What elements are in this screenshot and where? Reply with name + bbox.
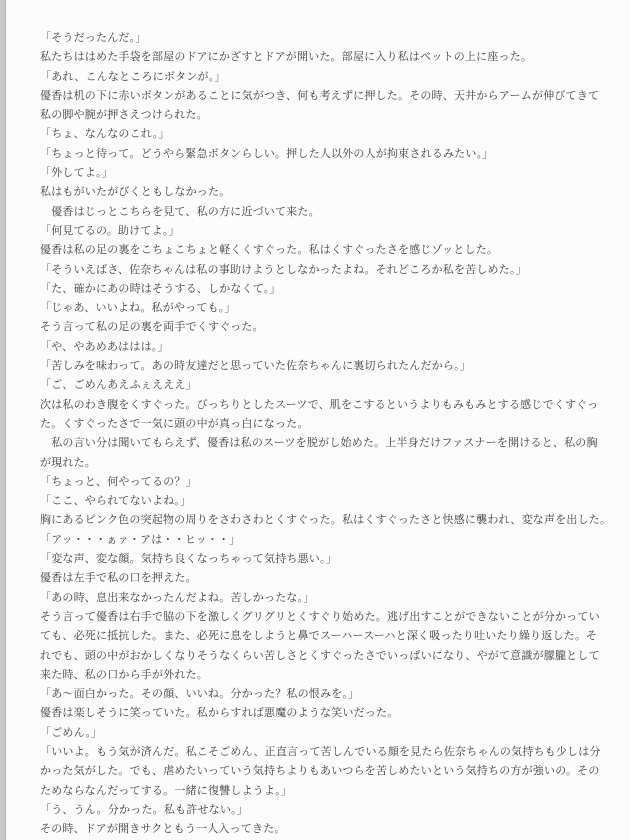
text-line: 私の脚や腕が押さえつけられた。 <box>40 105 630 124</box>
text-line: 優香は左手で私の口を押えた。 <box>40 568 630 587</box>
text-line: 私たちははめた手袋を部屋のドアにかざすとドアが開いた。部屋に入り私はベットの上に… <box>40 47 630 66</box>
document-page: 「そうだったんだ。」私たちははめた手袋を部屋のドアにかざすとドアが開いた。部屋に… <box>0 0 630 840</box>
text-line: 「や、やあめあははは。」 <box>40 337 630 356</box>
text-line: 「じゃあ、いいよね。私がやっても。」 <box>40 298 630 317</box>
text-line: 次は私のわき腹をくすぐった。びっちりとしたスーツで、肌をこするというよりもみもみ… <box>40 395 630 414</box>
text-line: かった気がした。でも、虐めたいっていう気持ちよりもあいつらを苦しめたいという気持… <box>40 761 630 780</box>
text-line: 「ごめん。」 <box>40 723 630 742</box>
text-line: ためならなんだってする。一緒に復讐しようよ。」 <box>40 781 630 800</box>
text-line: 「変な声、変な顔。気持ち良くなっちゃって気持ち悪い。」 <box>40 549 630 568</box>
text-line: 「あれ、こんなところにボタンが。」 <box>40 67 630 86</box>
text-line: ても、必死に抵抗した。また、必死に息をしようと鼻でスーハースーハと深く吸ったり吐… <box>40 626 630 645</box>
text-line: 優香はじっとこちらを見て、私の方に近づいて来た。 <box>40 202 630 221</box>
text-line: 「外してよ。」 <box>40 163 630 182</box>
text-line: 優香は机の下に赤いボタンがあることに気がつき、何も考えずに押した。その時、天井か… <box>40 86 630 105</box>
text-line: 「苦しみを味わって。あの時友達だと思っていた佐奈ちゃんに裏切られたんだから。」 <box>40 356 630 375</box>
text-line: 「ご、ごめんあえふぇえええ」 <box>40 375 630 394</box>
novel-text: 「そうだったんだ。」私たちははめた手袋を部屋のドアにかざすとドアが開いた。部屋に… <box>40 28 630 838</box>
text-line: 「あ〜面白かった。その顔、いいね。分かった？私の恨みを。」 <box>40 684 630 703</box>
text-line: れでも、頭の中がおかしくなりそうなくらい苦しさとくすぐったさでいっぱいになり、や… <box>40 646 630 665</box>
text-line: 来た時、私の口から手が外れた。 <box>40 665 630 684</box>
text-line: 「そういえばさ、佐奈ちゃんは私の事助けようとしなかったよね。それどころか私を苦し… <box>40 260 630 279</box>
text-line: 「何見てるの。助けてよ。」 <box>40 221 630 240</box>
text-line: その時、ドアが開きサクともう一人入ってきた。 <box>40 819 630 838</box>
text-line: 「う、うん。分かった。私も許せない。」 <box>40 800 630 819</box>
text-line: 「ちょっと、何やってるの？」 <box>40 472 630 491</box>
text-line: 「た、確かにあの時はそうする、しかなくて。」 <box>40 279 630 298</box>
text-line: 「あの時、息出来なかったんだよね。苦しかったな。」 <box>40 588 630 607</box>
text-line: 「ちょ、なんなのこれ。」 <box>40 124 630 143</box>
left-edge-strip <box>0 0 6 840</box>
text-line: 「アッ・・・ぁァ・アは・・ヒッ・・」 <box>40 530 630 549</box>
text-line: 私の言い分は聞いてもらえず、優香は私のスーツを脱がし始めた。上半身だけファスナー… <box>40 433 630 452</box>
text-line: そう言って優香は右手で脇の下を激しくグリグリとくすぐり始めた。逃げ出すことができ… <box>40 607 630 626</box>
text-line: 「そうだったんだ。」 <box>40 28 630 47</box>
text-line: 胸にあるピンク色の突起物の周りをさわさわとくすぐった。私はくすぐったさと快感に襲… <box>40 510 630 529</box>
text-line: が現れた。 <box>40 453 630 472</box>
text-line: 「いいよ。もう気が済んだ。私こそごめん、正直言って苦しんでいる顔を見たら佐奈ちゃ… <box>40 742 630 761</box>
text-line: 「ここ、やられてないよね。」 <box>40 491 630 510</box>
text-line: 「ちょっと待って。どうやら緊急ボタンらしい。押した人以外の人が拘束されるみたい。… <box>40 144 630 163</box>
text-line: た。くすぐったさで一気に頭の中が真っ白になった。 <box>40 414 630 433</box>
text-line: 私はもがいたがびくともしなかった。 <box>40 182 630 201</box>
text-line: 優香は楽しそうに笑っていた。私からすれば悪魔のような笑いだった。 <box>40 703 630 722</box>
text-line: そう言って私の足の裏を両手でくすぐった。 <box>40 317 630 336</box>
text-line: 優香は私の足の裏をこちょこちょと軽くくすぐった。私はくすぐったさを感じゾッとした… <box>40 240 630 259</box>
